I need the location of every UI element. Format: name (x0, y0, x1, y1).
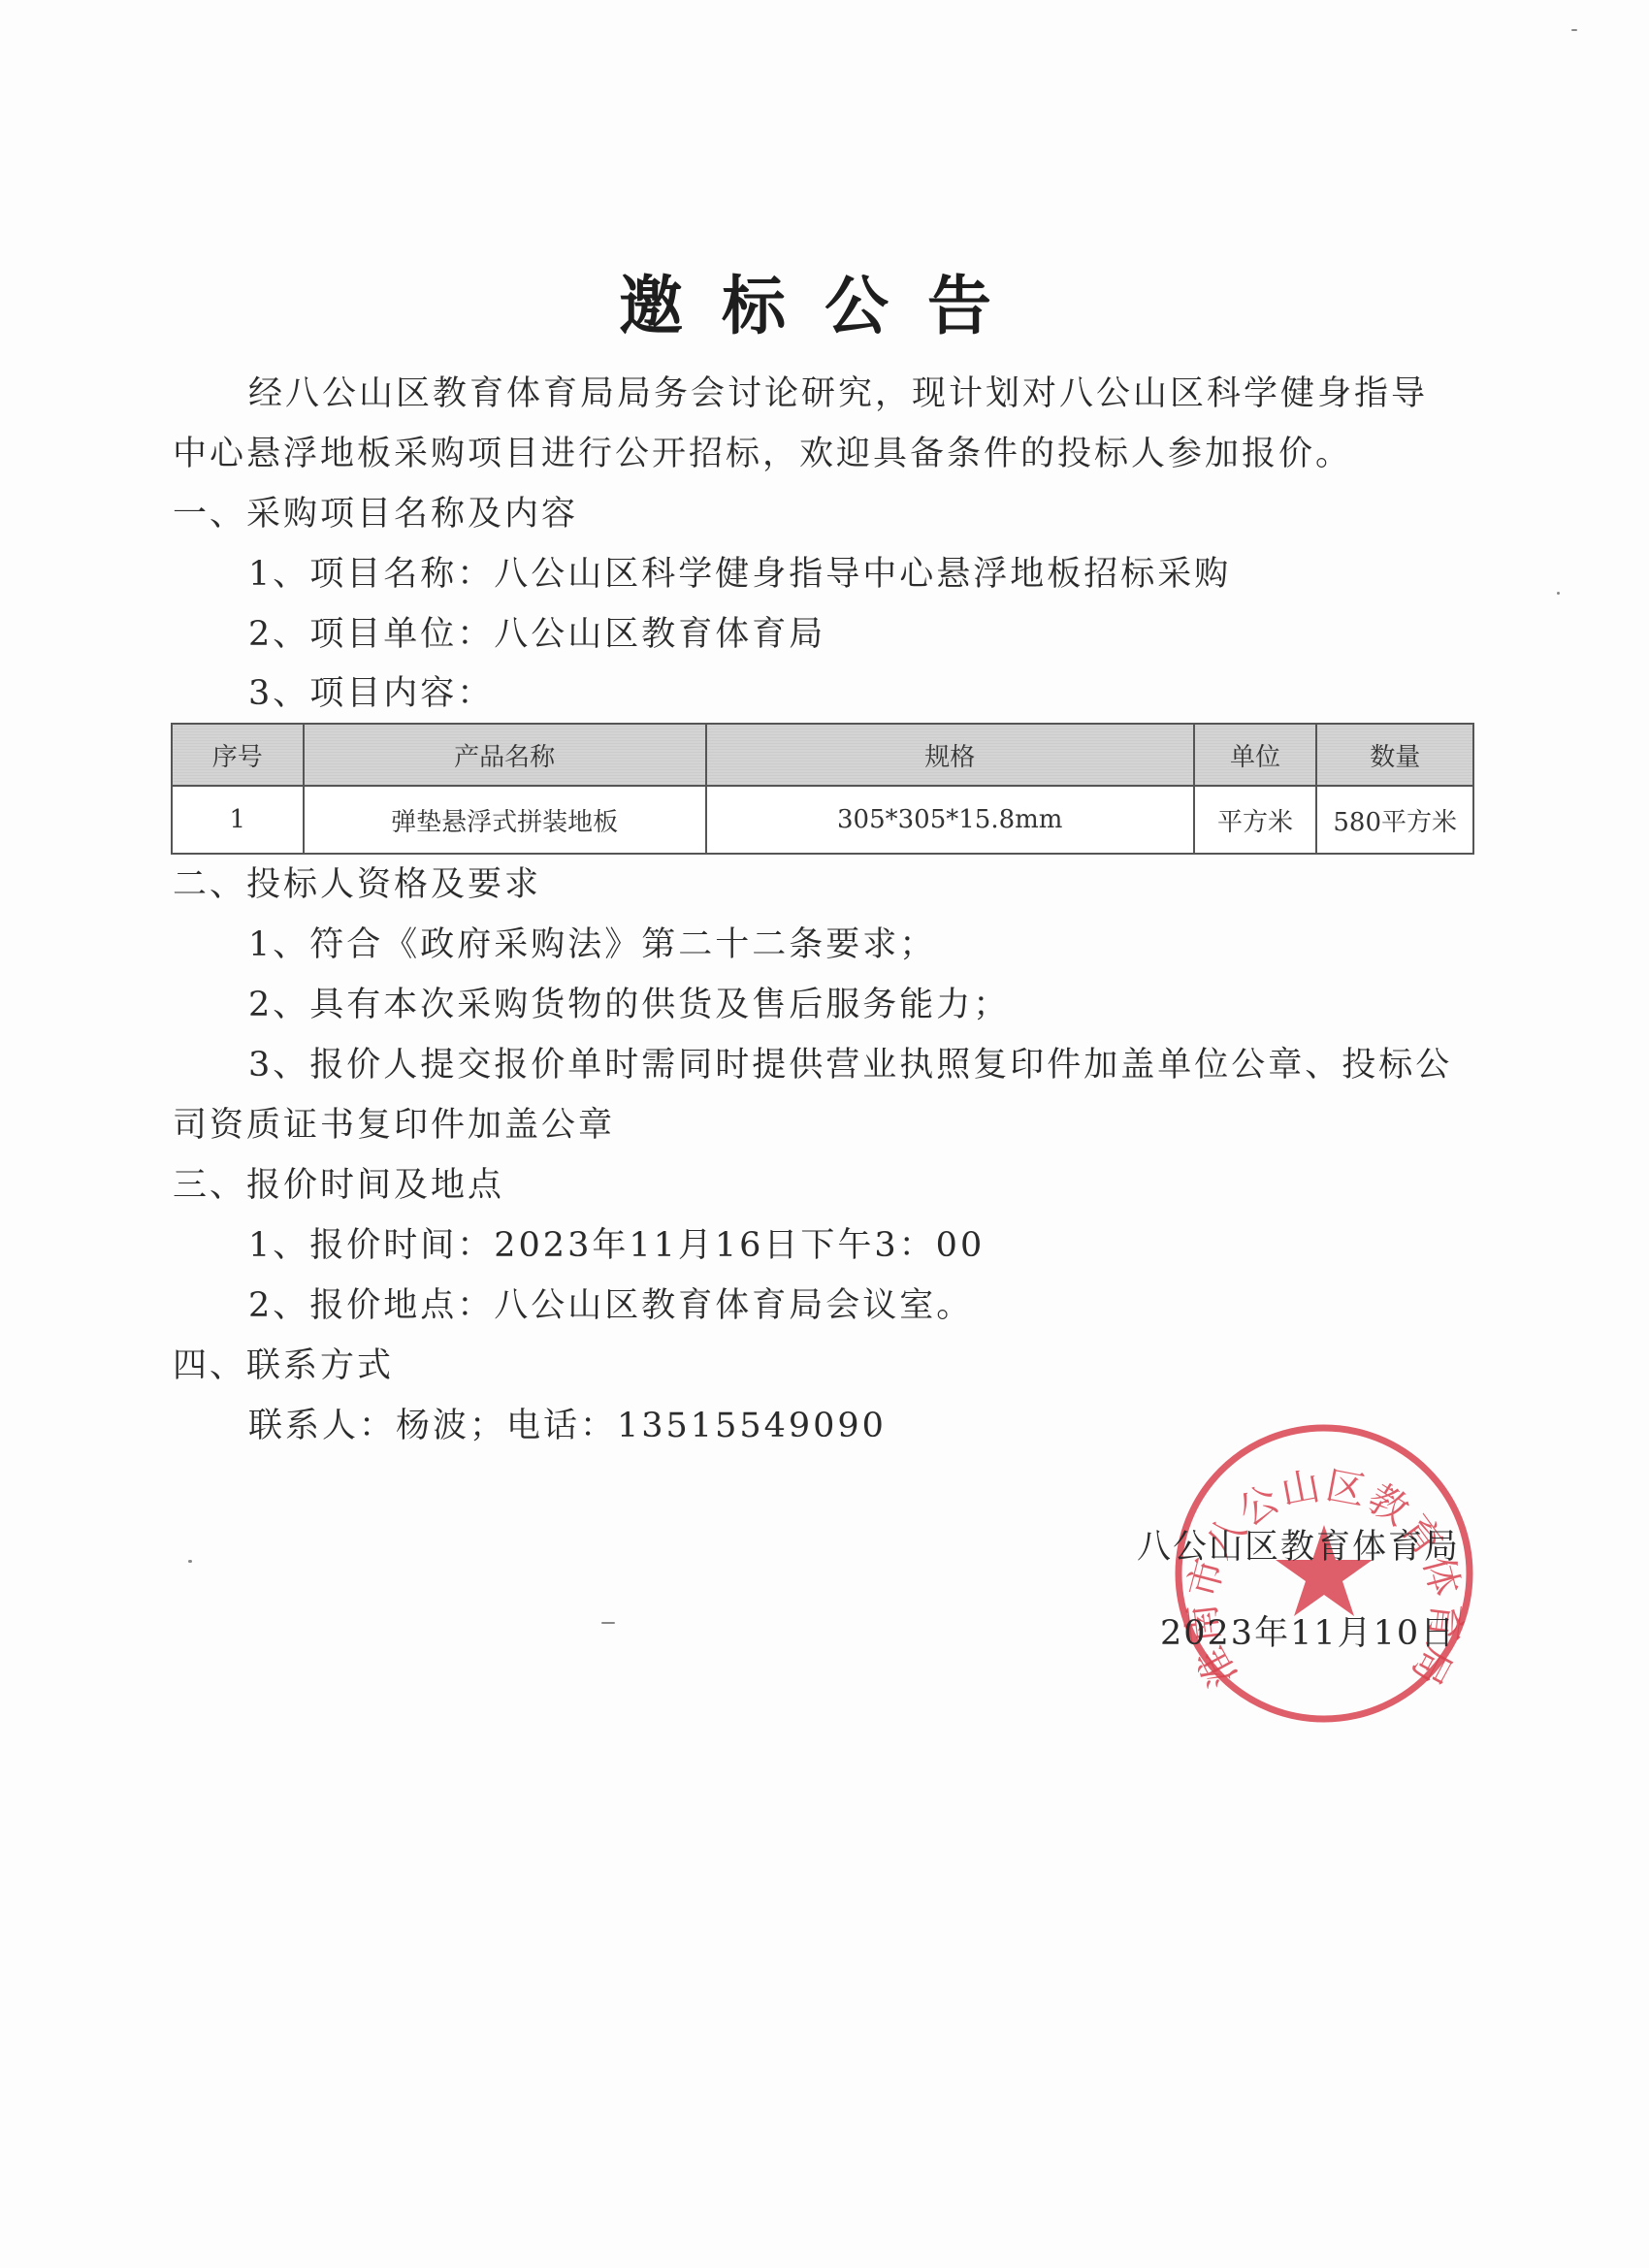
section2-item-3: 3、报价人提交报价单时需同时提供营业执照复印件加盖单位公章、投标公 (248, 1044, 1452, 1086)
cell-no: 1 (172, 786, 304, 854)
col-header-unit: 单位 (1194, 724, 1317, 786)
items-table: 序号 产品名称 规格 单位 数量 1 弹垫悬浮式拼装地板 305*305*15.… (171, 723, 1474, 855)
cell-quantity: 580平方米 (1316, 786, 1473, 854)
scan-speck (1557, 592, 1560, 595)
section3-heading: 三、报价时间及地点 (173, 1164, 504, 1207)
section2-item-1: 1、符合《政府采购法》第二十二条要求； (248, 923, 936, 966)
scan-speck (188, 1560, 192, 1563)
section3-item-2: 2、报价地点：八公山区教育体育局会议室。 (248, 1284, 973, 1327)
col-header-product: 产品名称 (304, 724, 706, 786)
cell-product: 弹垫悬浮式拼装地板 (304, 786, 706, 854)
section4-heading: 四、联系方式 (173, 1345, 394, 1387)
intro-line-1: 经八公山区教育体育局局务会讨论研究，现计划对八公山区科学健身指导 (248, 373, 1428, 415)
col-header-no: 序号 (172, 724, 304, 786)
section2-item-2: 2、具有本次采购货物的供货及售后服务能力； (248, 984, 1010, 1026)
section1-item-3: 3、项目内容： (248, 672, 494, 715)
official-seal-stamp: 淮南市八公山区教育体育局 (1169, 1418, 1479, 1729)
section1-item-1: 1、项目名称：八公山区科学健身指导中心悬浮地板招标采购 (248, 553, 1231, 596)
signature-org: 八公山区教育体育局 (1137, 1526, 1460, 1569)
document-title: 邀标公告 (0, 254, 1649, 346)
cell-unit: 平方米 (1194, 786, 1317, 854)
section1-heading: 一、采购项目名称及内容 (173, 493, 578, 535)
section3-item-1: 1、报价时间：2023年11月16日下午3：00 (248, 1224, 985, 1267)
col-header-quantity: 数量 (1316, 724, 1473, 786)
intro-line-2: 中心悬浮地板采购项目进行公开招标，欢迎具备条件的投标人参加报价。 (173, 433, 1352, 475)
table-row: 1 弹垫悬浮式拼装地板 305*305*15.8mm 平方米 580平方米 (172, 786, 1473, 854)
section2-item-3-continuation: 司资质证书复印件加盖公章 (173, 1104, 615, 1147)
section2-heading: 二、投标人资格及要求 (173, 863, 541, 906)
scan-speck (601, 1622, 615, 1624)
scan-speck (1571, 29, 1577, 31)
section1-item-2: 2、项目单位：八公山区教育体育局 (248, 613, 825, 656)
cell-spec: 305*305*15.8mm (706, 786, 1194, 854)
table-header-row: 序号 产品名称 规格 单位 数量 (172, 724, 1473, 786)
document-page: 邀标公告 经八公山区教育体育局局务会讨论研究，现计划对八公山区科学健身指导 中心… (0, 0, 1649, 2268)
signature-date: 2023年11月10日 (1160, 1612, 1456, 1655)
section4-contact: 联系人：杨波；电话：13515549090 (248, 1405, 887, 1447)
col-header-spec: 规格 (706, 724, 1194, 786)
